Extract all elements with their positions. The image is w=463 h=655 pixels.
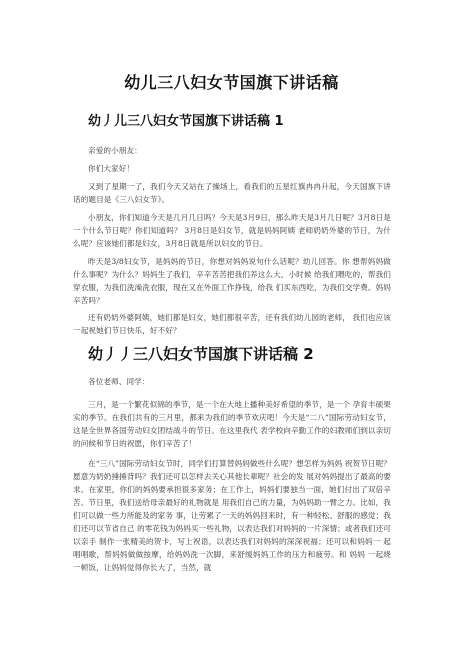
- section-1-heading: 幼丿儿三八妇女节国旗下讲话稿 1: [88, 110, 284, 129]
- section-1-paragraph-2: 小朋友，你们知道今天是几月几日吗？今天是3月9日，那么昨天是3月几日呢？3月8日…: [73, 211, 391, 250]
- section-1-greeting: 你们大家好！: [88, 162, 134, 175]
- section-1-paragraph-3: 昨天是3/8妇女节，是妈妈的节日，你想对妈妈说句什么话呢？幼儿回答。你 想帮妈妈…: [73, 255, 391, 307]
- section-1-paragraph-4: 还有奶奶外婆阿姨，她们都是妇女，她们都很辛苦，还有我们幼儿园的老师， 我们也应该…: [73, 311, 391, 337]
- section-1-salutation: 亲爱的小朋友：: [88, 144, 142, 157]
- section-2-paragraph-1: 三月，是一个繁花似锦的季节，是一个在大地上播种美好希望的季节，是一个 孕育丰硕果…: [73, 398, 391, 450]
- document-page: 幼儿三八妇女节国旗下讲话稿 幼丿儿三八妇女节国旗下讲话稿 1 亲爱的小朋友： 你…: [0, 0, 463, 655]
- section-2-salutation: 各位老师、同学：: [88, 375, 150, 388]
- section-1-paragraph-1: 又到了星期一了，我们今天又站在了操场上，看我们的五星红旗冉冉升起，今天国旗下讲话…: [73, 180, 391, 206]
- section-2-paragraph-2: 在“三八”国际劳动妇女节时，同学们打算替妈妈做些什么呢？想怎样为妈妈 祝贺节日呢…: [73, 457, 391, 574]
- section-2-heading: 幼丿丿三八妇女节国旗下讲话稿 2: [88, 343, 314, 364]
- document-title: 幼儿三八妇女节国旗下讲话稿: [0, 70, 463, 93]
